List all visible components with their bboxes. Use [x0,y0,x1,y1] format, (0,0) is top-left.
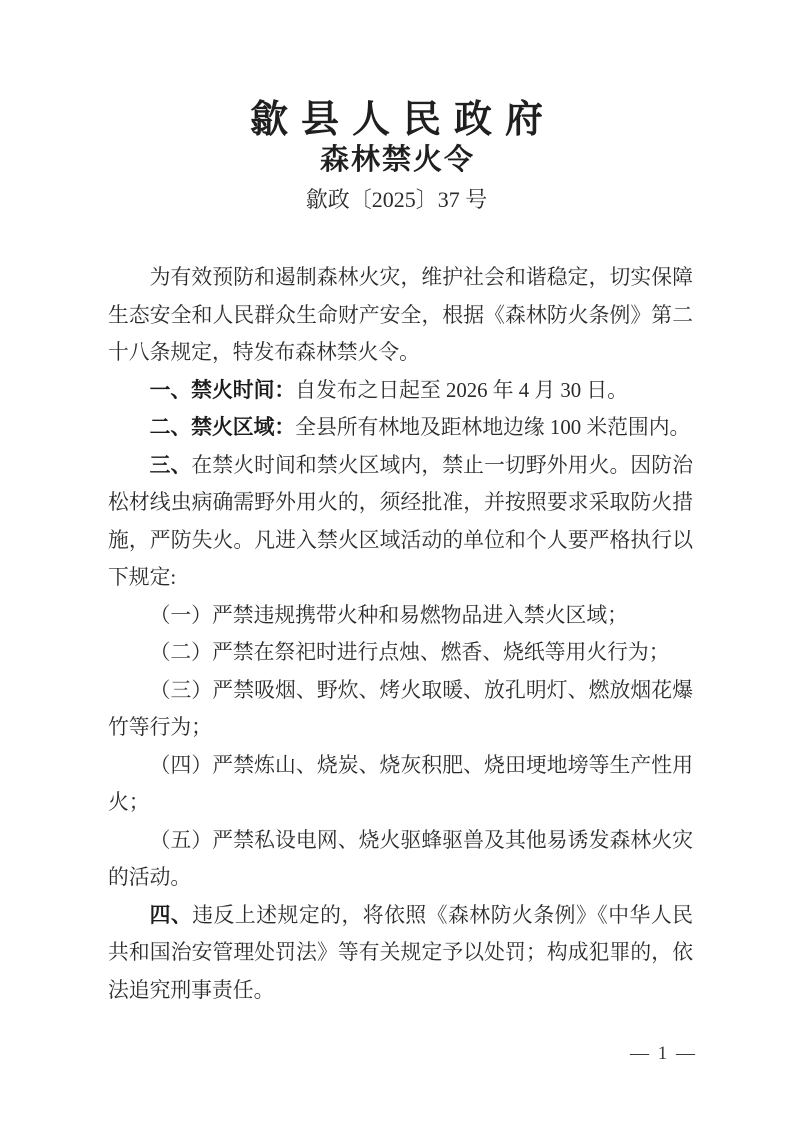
paragraph-lead: 四、 [150,904,193,927]
paragraph-text: （三）严禁吸烟、野炊、烤火取暖、放孔明灯、燃放烟花爆竹等行为； [108,679,693,740]
document-number: 歙政〔2025〕37 号 [0,185,793,215]
paragraph-lead: 二、禁火区域： [150,416,296,439]
document-title: 森林禁火令 [0,142,793,178]
paragraph-item-3: 三、在禁火时间和禁火区域内，禁止一切野外用火。因防治松材线虫病确需野外用火的，须… [108,447,693,597]
paragraph-text: （一）严禁违规携带火种和易燃物品进入禁火区域； [150,604,628,627]
paragraph-sub-1: （一）严禁违规携带火种和易燃物品进入禁火区域； [108,597,693,635]
paragraph-text: （二）严禁在祭祀时进行点烛、燃香、烧纸等用火行为； [150,641,670,664]
paragraph-text: 全县所有林地及距林地边缘 100 米范围内。 [295,416,690,439]
paragraph-sub-4: （四）严禁炼山、烧炭、烧灰积肥、烧田埂地塝等生产性用火； [108,747,693,822]
paragraph-sub-3: （三）严禁吸烟、野炊、烤火取暖、放孔明灯、燃放烟花爆竹等行为； [108,672,693,747]
issuer-title: 歙县人民政府 [0,98,793,142]
paragraph-lead: 三、 [150,454,192,477]
paragraph-text: 自发布之日起至 2026 年 4 月 30 日。 [295,379,628,402]
paragraph-text: （五）严禁私设电网、烧火驱蜂驱兽及其他易诱发森林火灾的活动。 [108,829,693,890]
paragraph-lead: 一、禁火时间： [150,379,296,402]
paragraph-item-1: 一、禁火时间：自发布之日起至 2026 年 4 月 30 日。 [108,372,693,410]
paragraph-sub-5: （五）严禁私设电网、烧火驱蜂驱兽及其他易诱发森林火灾的活动。 [108,822,693,897]
paragraph-text: 在禁火时间和禁火区域内，禁止一切野外用火。因防治松材线虫病确需野外用火的，须经批… [108,454,693,590]
paragraph-sub-2: （二）严禁在祭祀时进行点烛、燃香、烧纸等用火行为； [108,634,693,672]
paragraph-item-4: 四、违反上述规定的，将依照《森林防火条例》《中华人民共和国治安管理处罚法》等有关… [108,897,693,1010]
page-number: — 1 — [630,1043,697,1065]
paragraph-text: 为有效预防和遏制森林火灾，维护社会和谐稳定，切实保障生态安全和人民群众生命财产安… [108,266,693,364]
paragraph-text: 违反上述规定的，将依照《森林防火条例》《中华人民共和国治安管理处罚法》等有关规定… [108,904,693,1002]
paragraph-intro: 为有效预防和遏制森林火灾，维护社会和谐稳定，切实保障生态安全和人民群众生命财产安… [108,259,693,372]
paragraph-item-2: 二、禁火区域：全县所有林地及距林地边缘 100 米范围内。 [108,409,693,447]
paragraph-text: （四）严禁炼山、烧炭、烧灰积肥、烧田埂地塝等生产性用火； [108,754,693,815]
document-header: 歙县人民政府 森林禁火令 歙政〔2025〕37 号 [0,0,793,215]
document-page: 歙县人民政府 森林禁火令 歙政〔2025〕37 号 为有效预防和遏制森林火灾，维… [0,0,793,1121]
document-body: 为有效预防和遏制森林火灾，维护社会和谐稳定，切实保障生态安全和人民群众生命财产安… [108,259,693,1009]
